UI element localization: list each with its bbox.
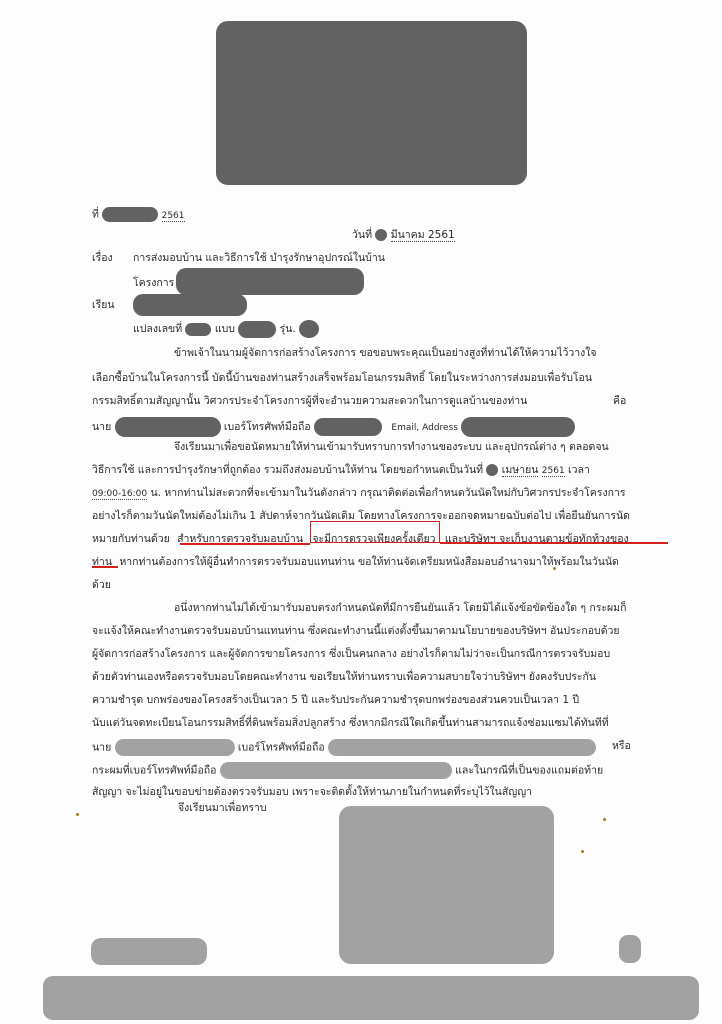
date-month-year: มีนาคม 2561	[391, 229, 455, 242]
p2-line-2: วิธีการใช้ และการบำรุงรักษาที่ถูกต้อง รว…	[92, 463, 590, 478]
contact-2-mobile-redaction	[220, 762, 452, 779]
engineer-mobile-redaction	[314, 418, 382, 436]
red-underline-1	[180, 543, 310, 545]
scan-speck	[581, 850, 584, 853]
engineer-mobile-label: เบอร์โทรศัพท์มือถือ	[224, 421, 311, 433]
p3-last-line: สัญญา จะไม่อยู่ในขอบข่ายต้องตรวจรับมอบ เ…	[92, 785, 532, 799]
date-label: วันที่	[352, 229, 372, 241]
contact-1-mobile-label: เบอร์โทรศัพท์มือถือ	[238, 742, 325, 754]
engineer-name-redaction	[115, 417, 221, 437]
p1-line-3-end: คือ	[613, 394, 626, 408]
scan-speck	[553, 567, 556, 570]
footer-right-redaction	[619, 935, 641, 963]
red-highlight-box	[310, 521, 440, 543]
appointment-day-redaction	[486, 464, 498, 476]
series-label: รุ่น.	[280, 323, 296, 335]
red-underline-2	[440, 542, 668, 544]
p2-line-3: 09:00-16:00 น. หากท่านไม่สะดวกที่จะเข้าม…	[92, 486, 625, 501]
engineer-email-label: Email, Address	[391, 423, 458, 433]
contact-1-prefix: นาย	[92, 742, 111, 754]
p2-line-7: ด้วย	[92, 578, 111, 592]
p2-line-5-start: หมายกับท่านด้วย	[92, 533, 170, 545]
appointment-year: 2561	[542, 466, 565, 477]
p3-line-5: ความชำรุด บกพร่องของโครงสร้างเป็นเวลา 5 …	[92, 693, 579, 707]
model-label: แบบ	[215, 323, 235, 335]
plot-line: แปลงเลขที่ แบบ รุ่น.	[133, 320, 319, 338]
red-underline-3	[92, 566, 118, 568]
to-label: เรียน	[92, 298, 115, 312]
closing-text: จึงเรียนมาเพื่อทราบ	[178, 801, 267, 815]
engineer-prefix: นาย	[92, 421, 111, 433]
date-line: วันที่ มีนาคม 2561	[352, 228, 455, 242]
p2-line-6-rest: หากท่านต้องการให้ผู้อื่นทำการตรวจรับมอบแ…	[119, 556, 619, 568]
contact-1-or: หรือ	[612, 739, 631, 753]
p3-line-6: นับแต่วันจดทะเบียนโอนกรรมสิทธิ์ที่ดินพร้…	[92, 716, 609, 730]
appointment-month: เมษายน	[502, 464, 539, 477]
ref-year: 2561	[162, 211, 185, 222]
footer-bar-redaction	[43, 976, 699, 1020]
reference-line: ที่ 2561	[92, 207, 185, 223]
p1-line-3: กรรมสิทธิ์ตามสัญญานั้น วิศวกรประจำโครงกา…	[92, 394, 527, 408]
letter-page: ที่ 2561 วันที่ มีนาคม 2561 เรื่อง การส่…	[0, 0, 722, 1024]
recipient-redaction	[133, 294, 247, 316]
footer-left-redaction	[91, 938, 207, 965]
project-name-redaction	[176, 268, 364, 295]
p2-line-2-text: วิธีการใช้ และการบำรุงรักษาที่ถูกต้อง รว…	[92, 464, 483, 476]
project-label: โครงการ	[133, 276, 174, 290]
subject-text: การส่งมอบบ้าน และวิธีการใช้ บำรุงรักษาอุ…	[133, 251, 385, 265]
time-range: 09:00-16:00	[92, 489, 147, 500]
contact-1-name-redaction	[115, 739, 235, 756]
contact-2-label: กระผมที่เบอร์โทรศัพท์มือถือ	[92, 765, 216, 777]
contact-2-line: กระผมที่เบอร์โทรศัพท์มือถือ และในกรณีที่…	[92, 762, 603, 779]
p1-line-2: เลือกซื้อบ้านในโครงการนี้ บัดนี้บ้านของท…	[92, 371, 592, 385]
scan-speck	[603, 818, 606, 821]
p3-line-4: ด้วยตัวท่านเองหรือตรวจรับมอบโดยคณะทำงาน …	[92, 670, 596, 684]
p2-line-1: จึงเรียนมาเพื่อขอนัดหมายให้ท่านเข้ามารับ…	[174, 440, 609, 454]
p2-line-6: ท่าน หากท่านต้องการให้ผู้อื่นทำการตรวจรั…	[92, 555, 619, 569]
ref-number-redaction	[102, 207, 158, 222]
engineer-line: นาย เบอร์โทรศัพท์มือถือ Email, Address	[92, 417, 575, 437]
scan-speck	[76, 813, 79, 816]
contact-2-rest: และในกรณีที่เป็นของแถมต่อท้าย	[455, 765, 603, 777]
date-day-redaction	[375, 229, 387, 241]
series-redaction	[299, 320, 319, 338]
plot-label: แปลงเลขที่	[133, 323, 182, 335]
letterhead-redaction	[216, 21, 527, 185]
contact-1-line: นาย เบอร์โทรศัพท์มือถือ	[92, 739, 596, 756]
contact-1-mobile-redaction	[328, 739, 596, 756]
p3-line-1: อนึ่งหากท่านไม่ได้เข้ามารับมอบตรงกำหนดนั…	[174, 601, 626, 615]
ref-label: ที่	[92, 209, 99, 221]
p3-line-2: จะแจ้งให้คณะทำงานตรวจรับมอบบ้านแทนท่าน ซ…	[92, 624, 620, 638]
p2-line-3-text: น. หากท่านไม่สะดวกที่จะเข้ามาในวันดังกล่…	[150, 487, 625, 499]
subject-label: เรื่อง	[92, 251, 113, 265]
signature-redaction	[339, 806, 554, 964]
model-redaction	[238, 321, 276, 338]
p1-line-1: ข้าพเจ้าในนามผู้จัดการก่อสร้างโครงการ ขอ…	[174, 346, 597, 360]
engineer-email-redaction	[461, 417, 575, 437]
time-label: เวลา	[568, 464, 590, 476]
plot-number-redaction	[185, 323, 211, 336]
p3-line-3: ผู้จัดการก่อสร้างโครงการ และผู้จัดการขาย…	[92, 647, 610, 661]
